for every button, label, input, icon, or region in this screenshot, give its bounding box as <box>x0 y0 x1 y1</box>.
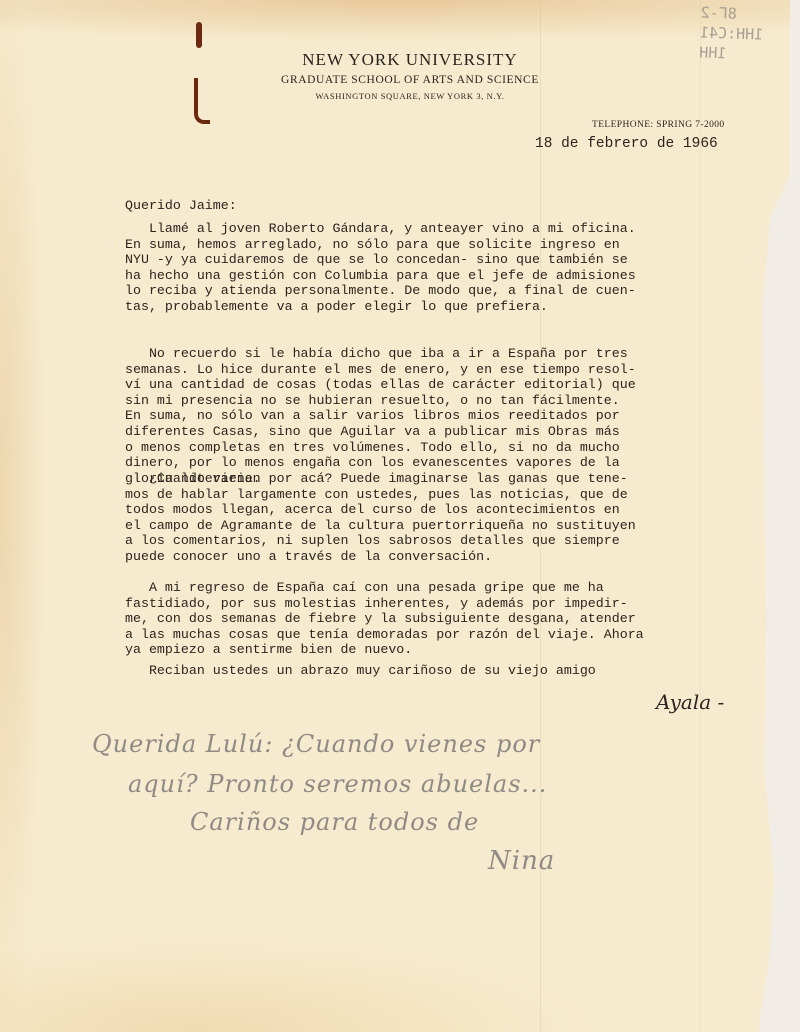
paperclip-rust-mark <box>194 78 210 124</box>
signature: Ayala - <box>656 690 724 714</box>
letter-paragraph: No recuerdo si le había dicho que iba a … <box>125 346 636 486</box>
letter-closing: Reciban ustedes un abrazo muy cariñoso d… <box>125 663 596 679</box>
telephone-line: TELEPHONE: SPRING 7-2000 <box>592 120 725 130</box>
letter-paragraph: A mi regreso de España caí con una pesad… <box>125 580 644 658</box>
school-name: GRADUATE SCHOOL OF ARTS AND SCIENCE <box>250 74 570 86</box>
archival-note-line: 1НН <box>699 42 790 65</box>
institution-address: WASHINGTON SQUARE, NEW YORK 3, N.Y. <box>250 91 570 101</box>
rust-stain-mark <box>196 22 202 48</box>
paper-fold-line <box>700 0 701 1032</box>
letter-date: 18 de febrero de 1966 <box>535 137 718 153</box>
institution-name: NEW YORK UNIVERSITY <box>250 50 570 70</box>
handwritten-note-line: Querida Lulú: ¿Cuando vienes por <box>92 730 540 758</box>
handwritten-signature: Nina <box>488 846 555 876</box>
letter-salutation: Querido Jaime: <box>125 198 237 214</box>
handwritten-note-line: Cariños para todos de <box>190 808 479 836</box>
letter-paragraph: ¿Cuando vienen por acá? Puede imaginarse… <box>125 471 636 565</box>
archival-pencil-notes: 8Г-2 1НН:С41 1НН <box>699 2 791 65</box>
handwritten-note-line: aquí? Pronto seremos abuelas... <box>128 770 547 798</box>
letterhead: NEW YORK UNIVERSITY GRADUATE SCHOOL OF A… <box>250 50 570 101</box>
letter-paragraph: Llamé al joven Roberto Gándara, y anteay… <box>125 221 636 315</box>
